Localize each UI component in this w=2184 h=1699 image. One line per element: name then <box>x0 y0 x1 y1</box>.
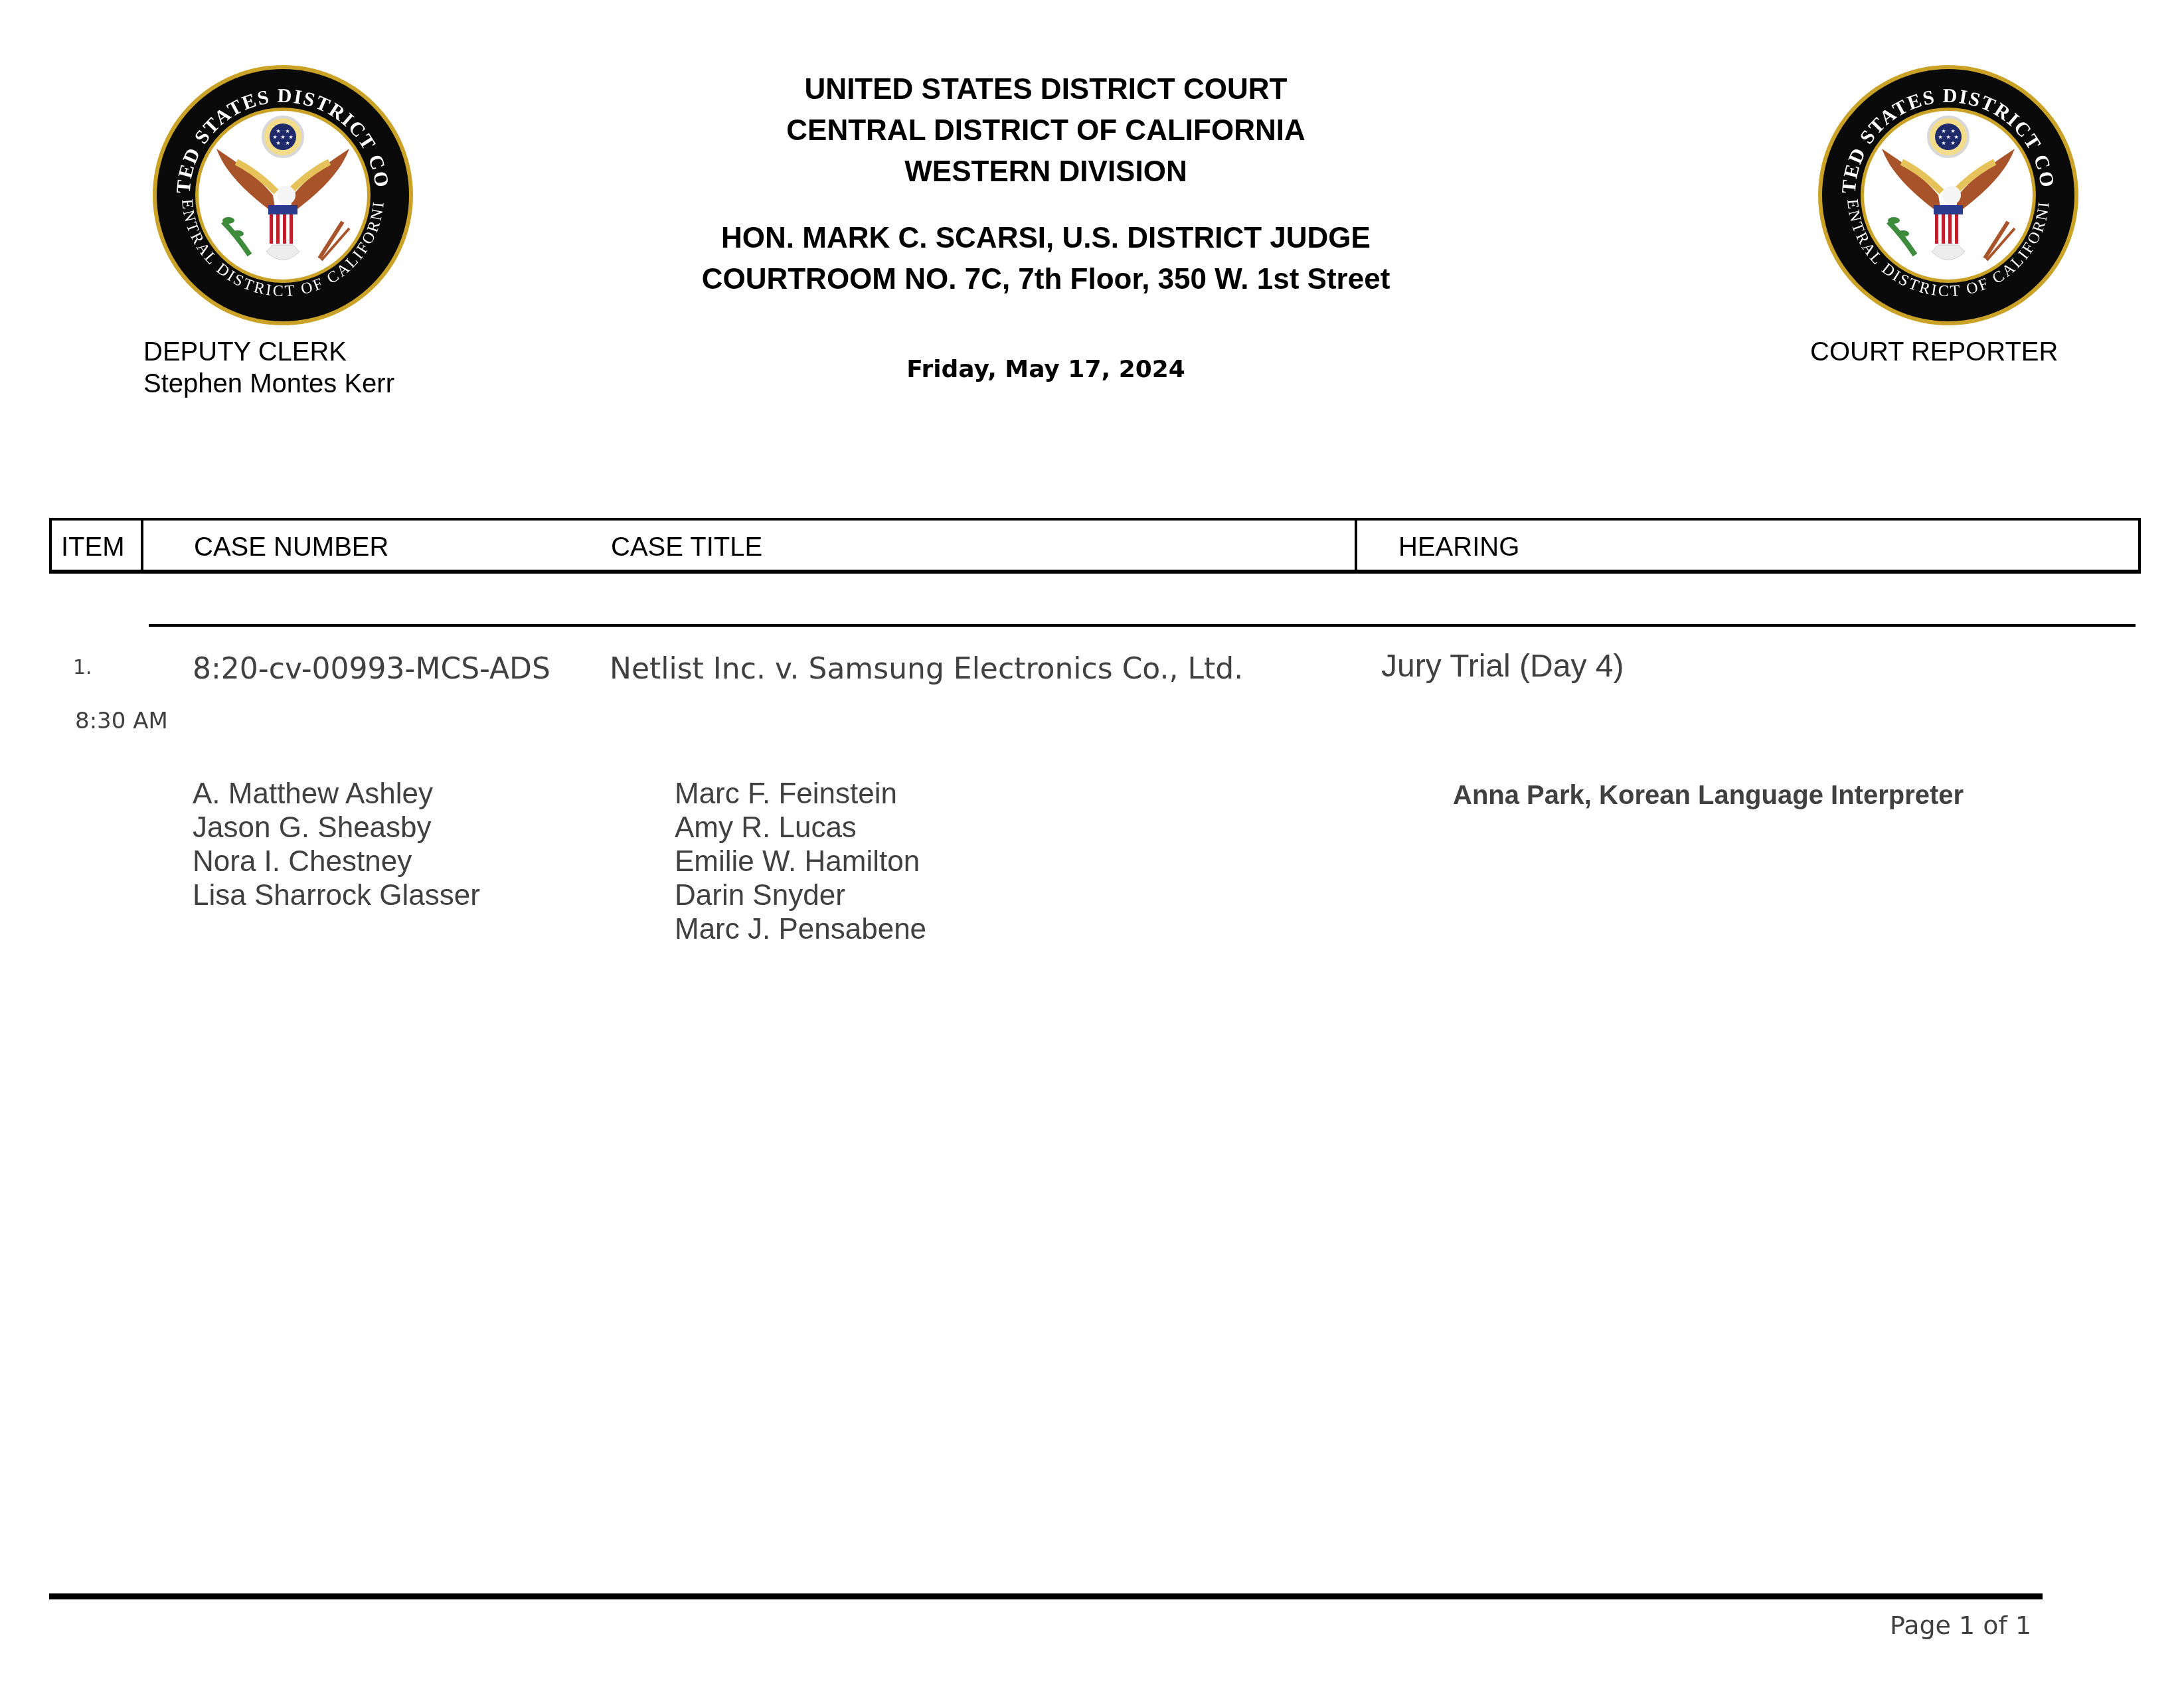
district-name: CENTRAL DISTRICT OF CALIFORNIA <box>0 110 2092 151</box>
interpreter: Anna Park, Korean Language Interpreter <box>1453 781 1964 811</box>
plaintiff-counsel-list: A. Matthew Ashley Jason G. Sheasby Nora … <box>193 777 480 912</box>
column-header-item: ITEM <box>61 532 125 562</box>
calendar-table-header: ITEM CASE NUMBER CASE TITLE HEARING <box>49 518 2141 574</box>
counsel-name: Emilie W. Hamilton <box>675 845 926 878</box>
counsel-name: Marc J. Pensabene <box>675 912 926 946</box>
deputy-clerk: DEPUTY CLERK Stephen Montes Kerr <box>143 336 394 400</box>
counsel-name: Lisa Sharrock Glasser <box>193 878 480 912</box>
defendant-counsel-list: Marc F. Feinstein Amy R. Lucas Emilie W.… <box>675 777 926 946</box>
footer-rule <box>49 1593 2043 1599</box>
column-divider <box>141 521 143 570</box>
item-time: 8:30 AM <box>75 708 168 734</box>
column-divider <box>1355 521 1357 570</box>
court-name-block: UNITED STATES DISTRICT COURT CENTRAL DIS… <box>0 69 2092 193</box>
hearing-type: Jury Trial (Day 4) <box>1381 648 1624 685</box>
row-divider <box>149 624 2136 627</box>
court-reporter: COURT REPORTER <box>1810 336 2058 368</box>
case-title: Netlist Inc. v. Samsung Electronics Co.,… <box>610 652 1243 686</box>
counsel-name: Marc F. Feinstein <box>675 777 926 811</box>
court-name: UNITED STATES DISTRICT COURT <box>0 69 2092 110</box>
item-number: 1. <box>73 656 92 679</box>
deputy-clerk-label: DEPUTY CLERK <box>143 336 394 368</box>
column-header-hearing: HEARING <box>1398 532 1519 562</box>
division-name: WESTERN DIVISION <box>0 151 2092 193</box>
counsel-name: Amy R. Lucas <box>675 811 926 845</box>
counsel-name: A. Matthew Ashley <box>193 777 480 811</box>
deputy-clerk-name: Stephen Montes Kerr <box>143 368 394 400</box>
counsel-name: Darin Snyder <box>675 878 926 912</box>
court-reporter-label: COURT REPORTER <box>1810 336 2058 368</box>
column-header-case-title: CASE TITLE <box>611 532 762 562</box>
judge-block: HON. MARK C. SCARSI, U.S. DISTRICT JUDGE… <box>0 218 2092 300</box>
counsel-name: Jason G. Sheasby <box>193 811 480 845</box>
column-header-case-number: CASE NUMBER <box>194 532 388 562</box>
courtroom-location: COURTROOM NO. 7C, 7th Floor, 350 W. 1st … <box>0 259 2092 300</box>
judge-name: HON. MARK C. SCARSI, U.S. DISTRICT JUDGE <box>0 218 2092 259</box>
counsel-name: Nora I. Chestney <box>193 845 480 878</box>
page-number: Page 1 of 1 <box>1890 1611 2031 1640</box>
case-number: 8:20-cv-00993-MCS-ADS <box>193 652 550 686</box>
